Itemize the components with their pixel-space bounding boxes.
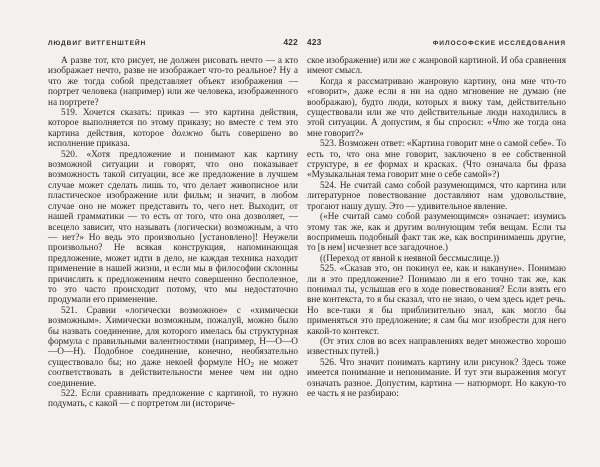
paragraph: 524. Не считай само собой разумеющимся, … — [307, 181, 566, 212]
paragraph: 520. «Хотя предложение и понимают как ка… — [48, 150, 298, 306]
paragraph: (От этих слов во всех направлениях ведет… — [307, 337, 566, 358]
left-page: ЛЮДВИГ ВИТГЕНШТЕЙН 422 А разве тот, кто … — [48, 38, 298, 410]
right-page: 423 ФИЛОСОФСКИЕ ИССЛЕДОВАНИЯ ское изобра… — [307, 38, 566, 399]
paragraph: ((Переход от явной к неявной бессмыслице… — [307, 254, 566, 264]
paragraph: А разве тот, кто рисует, не должен рисов… — [48, 56, 298, 108]
page-number-left: 422 — [283, 38, 298, 47]
paragraph: Когда я рассматриваю жанровую картину, о… — [307, 77, 566, 139]
paragraph: («Не считай само собой разумеющимся» озн… — [307, 212, 566, 254]
page-body-left: А разве тот, кто рисует, не должен рисов… — [48, 56, 298, 410]
running-title-left: ЛЮДВИГ ВИТГЕНШТЕЙН — [48, 40, 146, 47]
page-body-right: ское изображение) или же с жанровой карт… — [307, 56, 566, 399]
running-header-right: 423 ФИЛОСОФСКИЕ ИССЛЕДОВАНИЯ — [307, 38, 566, 47]
paragraph: 526. Что значит понимать картину или рис… — [307, 358, 566, 400]
page-number-right: 423 — [307, 38, 322, 47]
paragraph: 523. Возможен ответ: «Картина говорит мн… — [307, 139, 566, 181]
paragraph: 522. Если сравнивать предложение с карти… — [48, 389, 298, 410]
book-spread: ЛЮДВИГ ВИТГЕНШТЕЙН 422 А разве тот, кто … — [0, 0, 600, 467]
running-title-right: ФИЛОСОФСКИЕ ИССЛЕДОВАНИЯ — [433, 40, 566, 47]
running-header-left: ЛЮДВИГ ВИТГЕНШТЕЙН 422 — [48, 38, 298, 47]
paragraph: ское изображение) или же с жанровой карт… — [307, 56, 566, 77]
paragraph: 519. Хочется сказать: приказ — это карти… — [48, 108, 298, 150]
paragraph: 525. «Сказав это, он покинул ее, как и н… — [307, 264, 566, 337]
paragraph: 521. Сравни «логически возможное» с «хим… — [48, 306, 298, 389]
